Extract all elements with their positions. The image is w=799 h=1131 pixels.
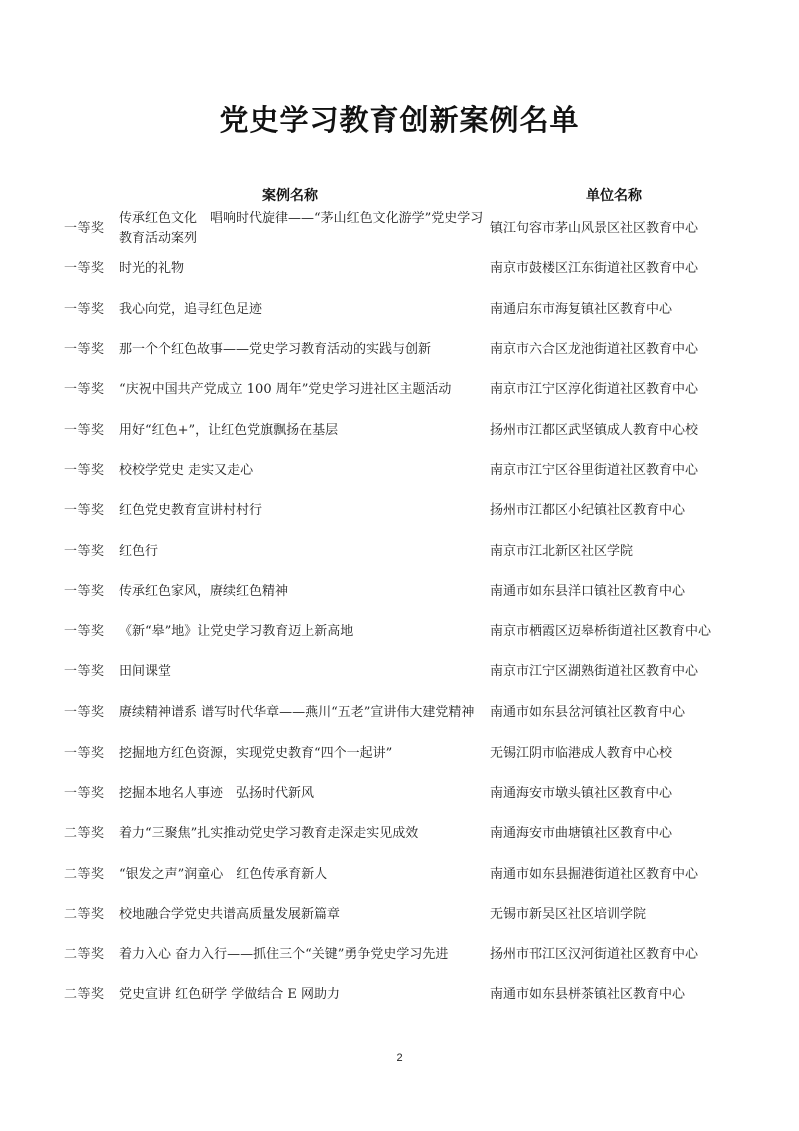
case-name: 校地融合学党史共谱高质量发展新篇章 [119,895,484,935]
case-name: 《新“皋”地》让党史学习教育迈上新高地 [119,612,484,652]
award-level: 二等奖 [64,814,105,854]
unit-name: 无锡江阴市临港成人教育中心校 [490,734,672,774]
unit-name: 扬州市江都区小纪镇社区教育中心 [490,491,685,531]
table-row: 一等奖 那一个个红色故事——党史学习教育活动的实践与创新 南京市六合区龙池街道社… [64,330,744,370]
table-row: 一等奖 《新“皋”地》让党史学习教育迈上新高地 南京市栖霞区迈皋桥街道社区教育中… [64,612,744,652]
award-level: 一等奖 [64,209,105,249]
case-name: 传承红色家风，赓续红色精神 [119,572,484,612]
unit-name: 南京市栖霞区迈皋桥街道社区教育中心 [490,612,711,652]
case-name: 传承红色文化 唱响时代旋律——“茅山红色文化游学”党史学习教育活动案列 [119,209,484,249]
unit-name: 南京市江宁区湖熟街道社区教育中心 [490,652,698,692]
table-row: 一等奖 传承红色文化 唱响时代旋律——“茅山红色文化游学”党史学习教育活动案列 … [64,209,744,249]
award-level: 一等奖 [64,370,105,410]
award-level: 一等奖 [64,491,105,531]
table-row: 一等奖 田间课堂 南京市江宁区湖熟街道社区教育中心 [64,652,744,692]
unit-name: 南通海安市曲塘镇社区教育中心 [490,814,672,854]
unit-name: 南通市如东县岔河镇社区教育中心 [490,693,685,734]
unit-name: 南通市如东县洋口镇社区教育中心 [490,572,685,612]
table-row: 一等奖 赓续精神谱系 谱写时代华章——燕川“五老”宣讲伟大建党精神 南通市如东县… [64,693,744,734]
table-row: 一等奖 我心向党，追寻红色足迹 南通启东市海复镇社区教育中心 [64,290,744,330]
award-level: 一等奖 [64,572,105,612]
header-case-name: 案例名称 [262,185,318,205]
unit-name: 南京市鼓楼区江东街道社区教育中心 [490,249,698,289]
award-level: 二等奖 [64,854,105,894]
case-name: 党史宣讲 红色研学 学做结合 E 网助力 [119,975,484,1015]
award-level: 二等奖 [64,975,105,1015]
table-row: 一等奖 红色行 南京市江北新区社区学院 [64,531,744,571]
case-name: “庆祝中国共产党成立 100 周年”党史学习进社区主题活动 [119,370,484,410]
award-level: 一等奖 [64,451,105,491]
award-level: 一等奖 [64,652,105,692]
award-level: 二等奖 [64,895,105,935]
award-table: 案例名称 单位名称 一等奖 传承红色文化 唱响时代旋律——“茅山红色文化游学”党… [64,183,744,1016]
unit-name: 无锡市新吴区社区培训学院 [490,895,646,935]
table-row: 一等奖 时光的礼物 南京市鼓楼区江东街道社区教育中心 [64,249,744,289]
award-level: 一等奖 [64,612,105,652]
award-level: 一等奖 [64,693,105,734]
case-name: 赓续精神谱系 谱写时代华章——燕川“五老”宣讲伟大建党精神 [119,693,484,734]
unit-name: 镇江句容市茅山风景区社区教育中心 [490,209,698,249]
unit-name: 南通启东市海复镇社区教育中心 [490,290,672,330]
table-row: 一等奖 挖掘本地名人事迹 弘扬时代新风 南通海安市墩头镇社区教育中心 [64,774,744,814]
table-row: 二等奖 校地融合学党史共谱高质量发展新篇章 无锡市新吴区社区培训学院 [64,895,744,935]
award-level: 一等奖 [64,249,105,289]
award-level: 一等奖 [64,410,105,450]
unit-name: 南通市如东县栟茶镇社区教育中心 [490,975,685,1015]
award-level: 一等奖 [64,290,105,330]
table-row: 一等奖 传承红色家风，赓续红色精神 南通市如东县洋口镇社区教育中心 [64,572,744,612]
table-row: 一等奖 挖掘地方红色资源，实现党史教育“四个一起讲” 无锡江阴市临港成人教育中心… [64,734,744,774]
unit-name: 南通市如东县掘港街道社区教育中心 [490,854,698,894]
case-name: 挖掘地方红色资源，实现党史教育“四个一起讲” [119,734,484,774]
unit-name: 扬州市江都区武坚镇成人教育中心校 [490,410,698,450]
unit-name: 南京市江宁区淳化街道社区教育中心 [490,370,698,410]
unit-name: 南通海安市墩头镇社区教育中心 [490,774,672,814]
table-row: 一等奖 “庆祝中国共产党成立 100 周年”党史学习进社区主题活动 南京市江宁区… [64,370,744,410]
award-level: 一等奖 [64,734,105,774]
unit-name: 南京市江宁区谷里街道社区教育中心 [490,451,698,491]
case-name: 我心向党，追寻红色足迹 [119,290,484,330]
case-name: 着力“三聚焦”扎实推动党史学习教育走深走实见成效 [119,814,484,854]
table-row: 一等奖 用好“红色+”，让红色党旗飘扬在基层 扬州市江都区武坚镇成人教育中心校 [64,410,744,450]
table-row: 一等奖 红色党史教育宣讲村村行 扬州市江都区小纪镇社区教育中心 [64,491,744,531]
case-name: 校校学党史 走实又走心 [119,451,484,491]
table-row: 二等奖 党史宣讲 红色研学 学做结合 E 网助力 南通市如东县栟茶镇社区教育中心 [64,975,744,1015]
table-header: 案例名称 单位名称 [64,183,744,209]
table-row: 一等奖 校校学党史 走实又走心 南京市江宁区谷里街道社区教育中心 [64,451,744,491]
case-name: 田间课堂 [119,652,484,692]
case-name: “银发之声”润童心 红色传承育新人 [119,854,484,894]
table-row: 二等奖 着力“三聚焦”扎实推动党史学习教育走深走实见成效 南通海安市曲塘镇社区教… [64,814,744,854]
case-name: 用好“红色+”，让红色党旗飘扬在基层 [119,410,484,450]
award-level: 一等奖 [64,774,105,814]
case-name: 着力入心 奋力入行——抓住三个“关键”勇争党史学习先进 [119,935,484,975]
award-level: 一等奖 [64,330,105,370]
header-unit-name: 单位名称 [586,185,642,205]
case-name: 红色行 [119,531,484,571]
award-level: 一等奖 [64,531,105,571]
award-level: 二等奖 [64,935,105,975]
page-title: 党史学习教育创新案例名单 [0,98,799,139]
case-name: 那一个个红色故事——党史学习教育活动的实践与创新 [119,330,484,370]
table-row: 二等奖 着力入心 奋力入行——抓住三个“关键”勇争党史学习先进 扬州市邗江区汉河… [64,935,744,975]
page-number: 2 [0,1052,799,1064]
case-name: 红色党史教育宣讲村村行 [119,491,484,531]
unit-name: 扬州市邗江区汉河街道社区教育中心 [490,935,698,975]
case-name: 时光的礼物 [119,249,484,289]
unit-name: 南京市六合区龙池街道社区教育中心 [490,330,698,370]
table-row: 二等奖 “银发之声”润童心 红色传承育新人 南通市如东县掘港街道社区教育中心 [64,854,744,894]
case-name: 挖掘本地名人事迹 弘扬时代新风 [119,774,484,814]
unit-name: 南京市江北新区社区学院 [490,531,633,571]
